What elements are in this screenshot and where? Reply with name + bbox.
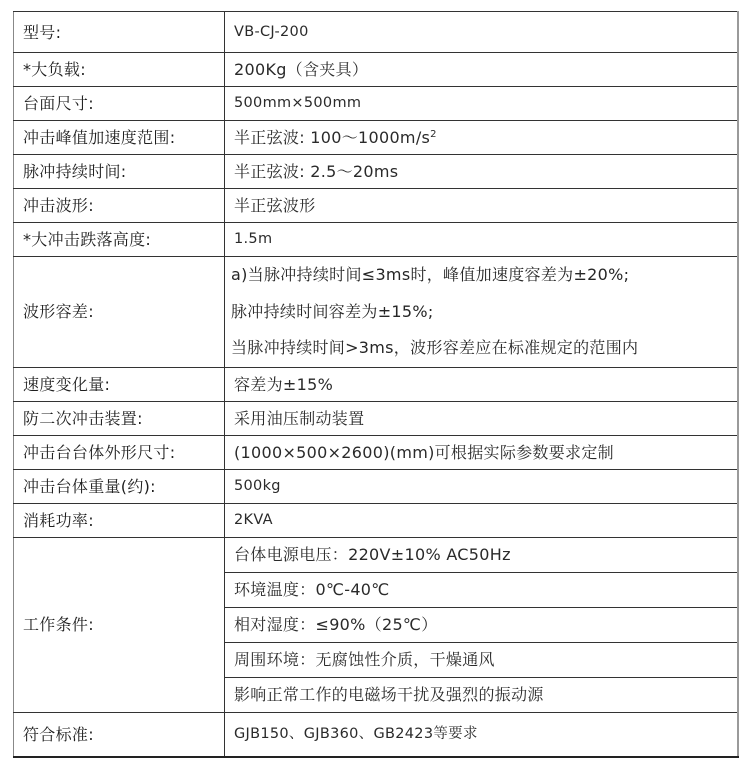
spec-value: (1000×500×2600)(mm)可根据实际参数要求定制 bbox=[225, 435, 739, 469]
spec-value-text: 半正弦波: 100～1000m/s bbox=[234, 129, 430, 146]
spec-value: 半正弦波: 2.5～20ms bbox=[225, 155, 739, 189]
spec-label: 工作条件: bbox=[14, 537, 225, 712]
spec-sub-value: 台体电源电压：220V±10% AC50Hz bbox=[225, 537, 739, 572]
spec-label: 冲击台台体外形尺寸: bbox=[14, 435, 225, 469]
spec-row-max-drop-height: *大冲击跌落高度: 1.5m bbox=[14, 223, 739, 257]
spec-row-standards: 符合标准: GJB150、GJB360、GB2423等要求 bbox=[14, 712, 739, 757]
spec-label: 速度变化量: bbox=[14, 367, 225, 401]
spec-row-velocity-change: 速度变化量: 容差为±15% bbox=[14, 367, 739, 401]
spec-row-peak-acceleration: 冲击峰值加速度范围: 半正弦波: 100～1000m/s2 bbox=[14, 121, 739, 155]
spec-value: 容差为±15% bbox=[225, 367, 739, 401]
spec-row-dimensions: 冲击台台体外形尺寸: (1000×500×2600)(mm)可根据实际参数要求定… bbox=[14, 435, 739, 469]
spec-label: 符合标准: bbox=[14, 712, 225, 757]
spec-sub-value: 周围环境：无腐蚀性介质，干燥通风 bbox=[225, 642, 739, 677]
spec-sub-value: 影响正常工作的电磁场干扰及强烈的振动源 bbox=[225, 677, 739, 712]
spec-value: 采用油压制动装置 bbox=[225, 401, 739, 435]
spec-value-line: 脉冲持续时间容差为±15%; bbox=[225, 294, 737, 331]
spec-value-line: 当脉冲持续时间>3ms，波形容差应在标准规定的范围内 bbox=[225, 330, 737, 367]
spec-value: 1.5m bbox=[225, 223, 739, 257]
spec-row-waveform: 冲击波形: 半正弦波形 bbox=[14, 189, 739, 223]
spec-label: 型号: bbox=[14, 12, 225, 53]
specification-table: 型号: VB-CJ-200 *大负载: 200Kg（含夹具） 台面尺寸: 500… bbox=[13, 11, 739, 758]
spec-value: 半正弦波形 bbox=[225, 189, 739, 223]
spec-sub-value: 环境温度：0℃-40℃ bbox=[225, 572, 739, 607]
spec-sub-value: 相对湿度：≤90%（25℃） bbox=[225, 607, 739, 642]
spec-row-pulse-duration: 脉冲持续时间: 半正弦波: 2.5～20ms bbox=[14, 155, 739, 189]
spec-row-working-conditions: 工作条件: 台体电源电压：220V±10% AC50Hz bbox=[14, 537, 739, 572]
spec-label: *大负载: bbox=[14, 53, 225, 87]
spec-label: 脉冲持续时间: bbox=[14, 155, 225, 189]
spec-value: 200Kg（含夹具） bbox=[225, 53, 739, 87]
superscript: 2 bbox=[430, 129, 437, 140]
spec-label: *大冲击跌落高度: bbox=[14, 223, 225, 257]
spec-label: 冲击波形: bbox=[14, 189, 225, 223]
spec-row-anti-rebound: 防二次冲击装置: 采用油压制动装置 bbox=[14, 401, 739, 435]
spec-label: 台面尺寸: bbox=[14, 87, 225, 121]
spec-value: VB-CJ-200 bbox=[225, 12, 739, 53]
spec-value: 半正弦波: 100～1000m/s2 bbox=[225, 121, 739, 155]
spec-label: 波形容差: bbox=[14, 257, 225, 368]
spec-row-waveform-tolerance: 波形容差: a)当脉冲持续时间≤3ms时，峰值加速度容差为±20%; 脉冲持续时… bbox=[14, 257, 739, 368]
spec-label: 冲击峰值加速度范围: bbox=[14, 121, 225, 155]
spec-row-model: 型号: VB-CJ-200 bbox=[14, 12, 739, 53]
spec-value: 500mm×500mm bbox=[225, 87, 739, 121]
spec-value: GJB150、GJB360、GB2423等要求 bbox=[225, 712, 739, 757]
spec-label: 冲击台体重量(约): bbox=[14, 469, 225, 503]
spec-row-weight: 冲击台体重量(约): 500kg bbox=[14, 469, 739, 503]
spec-row-max-load: *大负载: 200Kg（含夹具） bbox=[14, 53, 739, 87]
spec-label: 防二次冲击装置: bbox=[14, 401, 225, 435]
spec-value: 2KVA bbox=[225, 503, 739, 537]
spec-value: 500kg bbox=[225, 469, 739, 503]
spec-value-line: a)当脉冲持续时间≤3ms时，峰值加速度容差为±20%; bbox=[225, 257, 737, 294]
spec-row-power: 消耗功率: 2KVA bbox=[14, 503, 739, 537]
spec-label: 消耗功率: bbox=[14, 503, 225, 537]
spec-value-multiline: a)当脉冲持续时间≤3ms时，峰值加速度容差为±20%; 脉冲持续时间容差为±1… bbox=[225, 257, 739, 368]
spec-row-table-size: 台面尺寸: 500mm×500mm bbox=[14, 87, 739, 121]
